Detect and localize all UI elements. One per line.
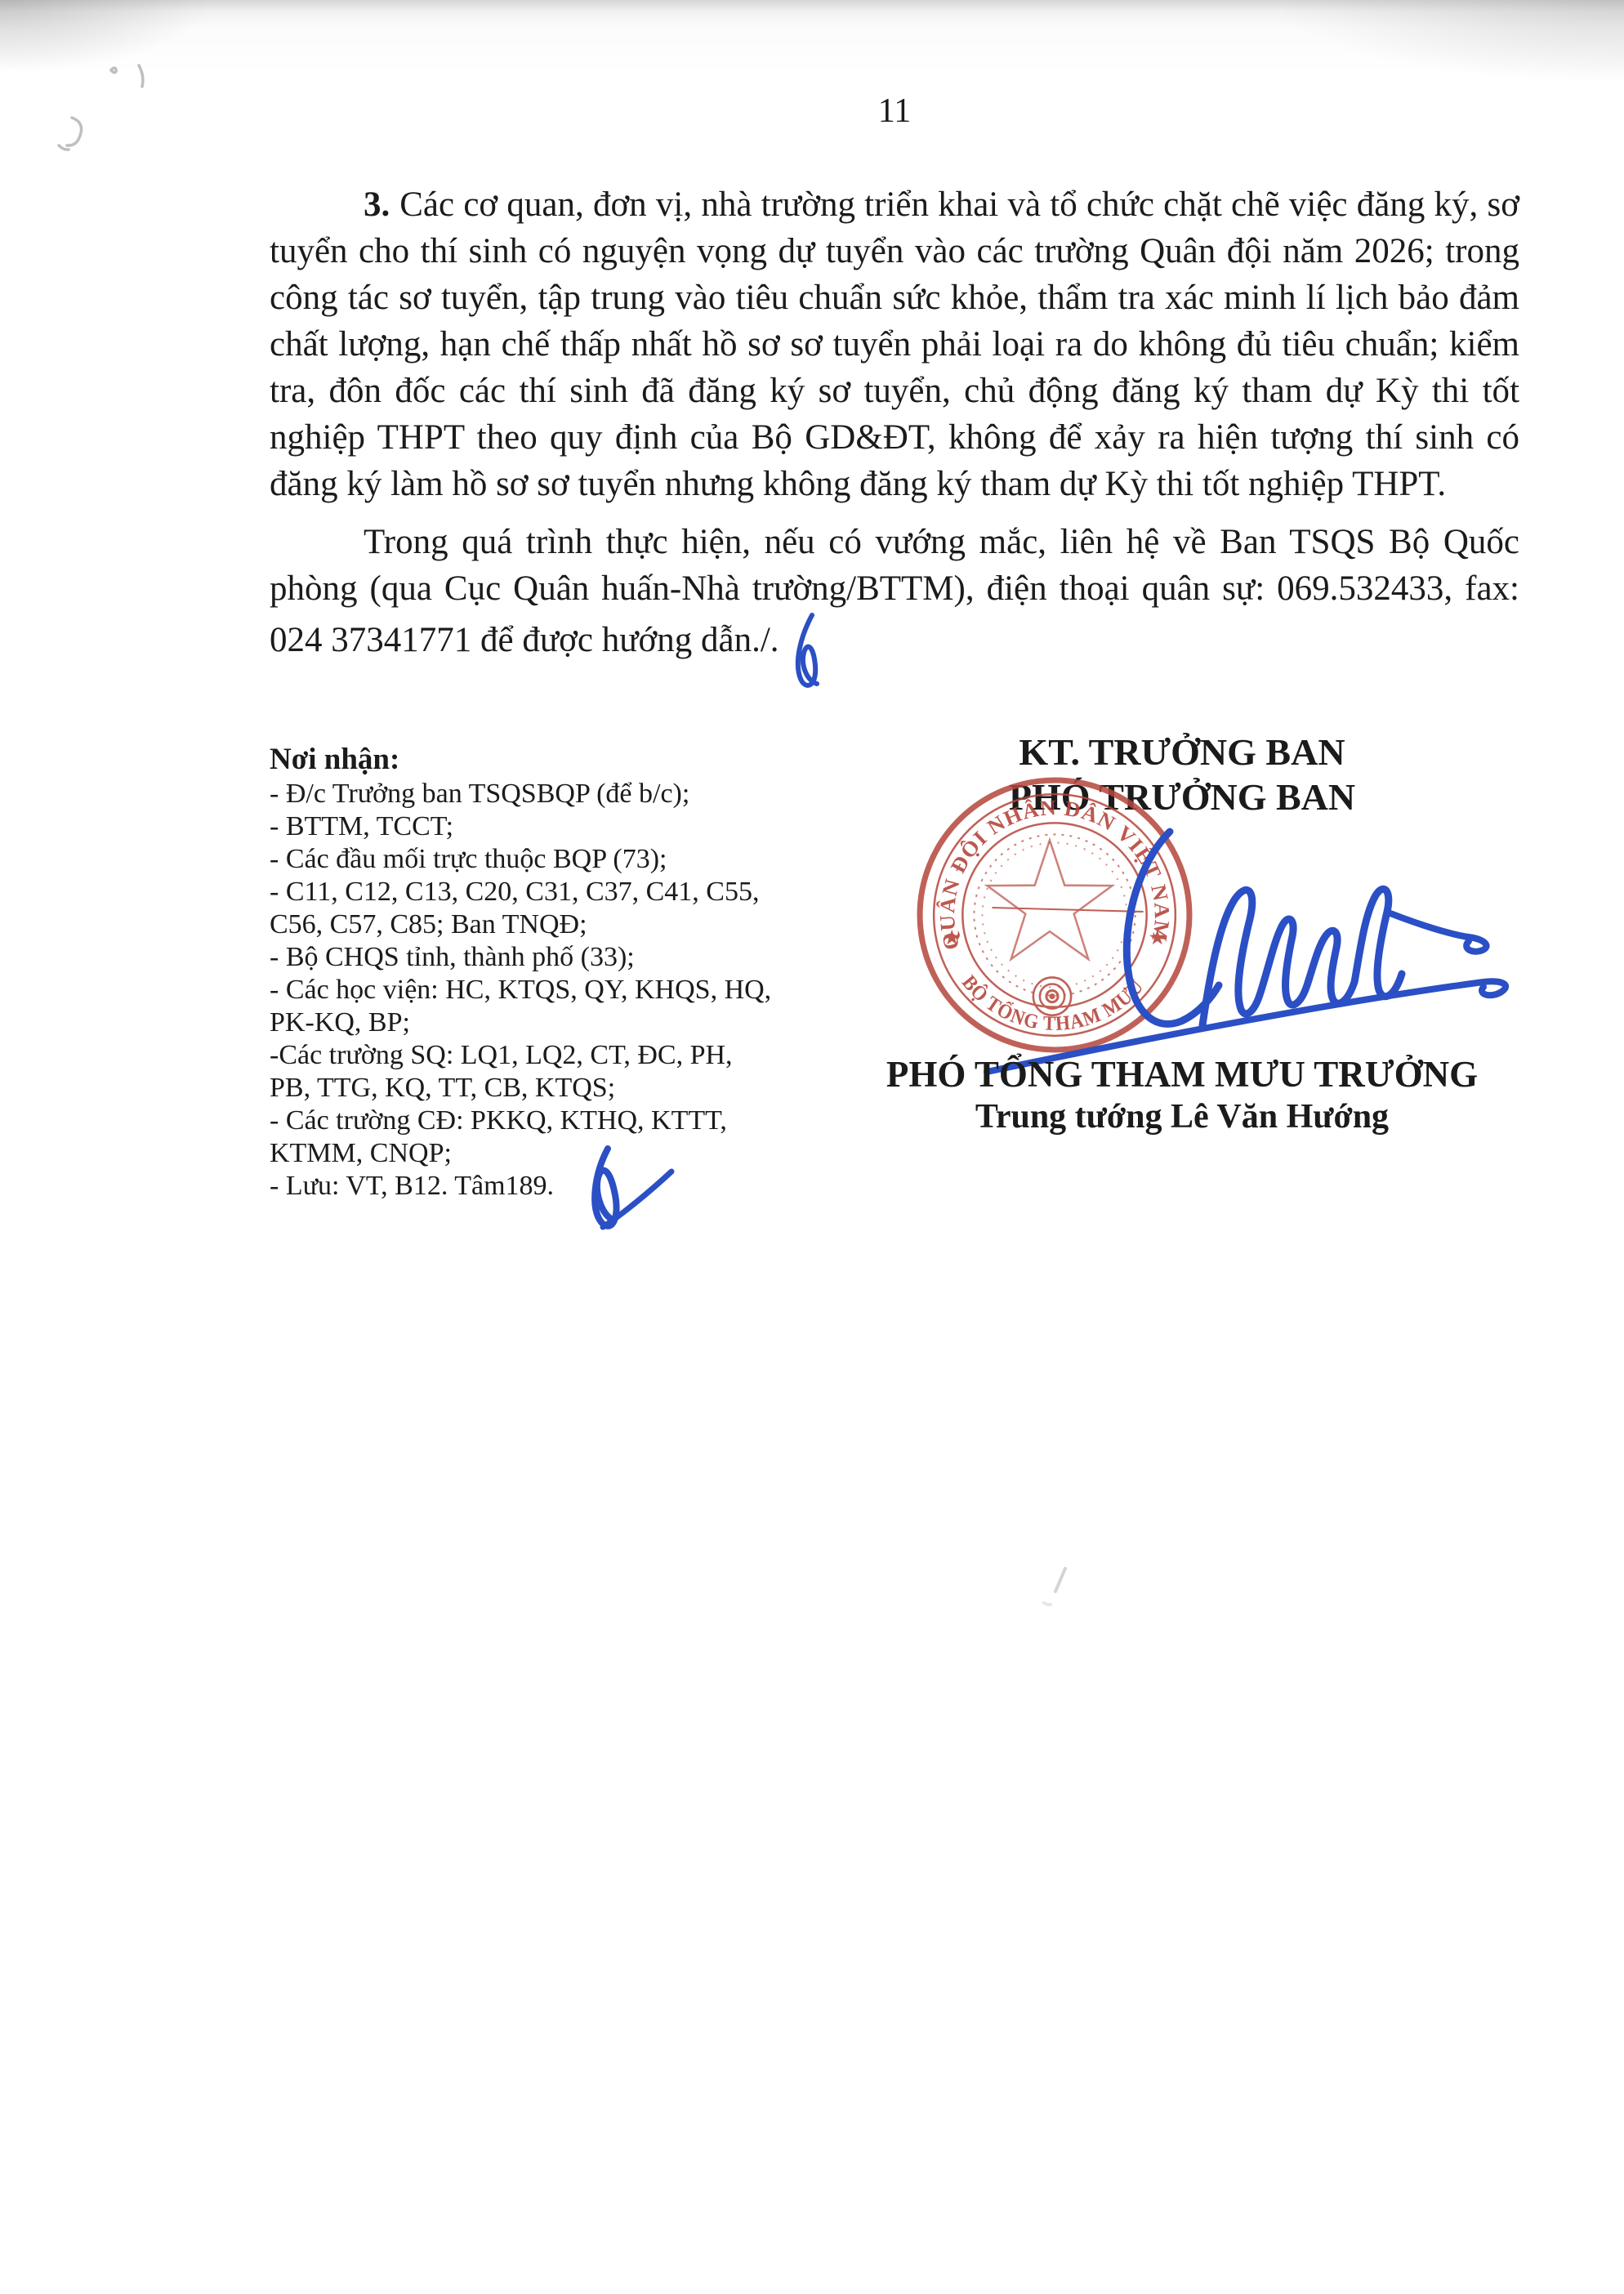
recipients-block: Nơi nhận: - Đ/c Trưởng ban TSQSBQP (để b… xyxy=(270,742,792,1203)
recipient-line: - Bộ CHQS tỉnh, thành phố (33); xyxy=(270,941,792,974)
recipient-line: - BTTM, TCCT; xyxy=(270,810,792,843)
signature-stroke-icon xyxy=(939,784,1568,1095)
approval-line-1: KT. TRƯỞNG BAN xyxy=(850,730,1515,774)
recipient-line: KTMM, CNQP; xyxy=(270,1137,792,1170)
paragraph-2-text: Trong quá trình thực hiện, nếu có vướng … xyxy=(270,523,1519,659)
recipient-line: PB, TTG, KQ, TT, CB, KTQS; xyxy=(270,1072,792,1105)
signature-ink xyxy=(939,784,1568,1095)
recipient-line: - Các học viện: HC, KTQS, QY, KHQS, HQ, xyxy=(270,974,792,1006)
recipient-line: - Đ/c Trưởng ban TSQSBQP (để b/c); xyxy=(270,778,792,810)
scanned-document-page: 11 3.Các cơ quan, đơn vị, nhà trường tri… xyxy=(0,0,1624,2294)
scan-smudge-icon xyxy=(1036,1552,1085,1609)
recipient-line: - C11, C12, C13, C20, C31, C37, C41, C55… xyxy=(270,876,792,908)
recipients-heading: Nơi nhận: xyxy=(270,742,792,778)
body-paragraph-1: 3.Các cơ quan, đơn vị, nhà trường triển … xyxy=(270,181,1519,507)
signer-name: Trung tướng Lê Văn Hướng xyxy=(850,1097,1515,1136)
ink-paraph-icon xyxy=(784,612,822,694)
recipient-line: - Lưu: VT, B12. Tâm189. xyxy=(270,1170,792,1203)
signer-title: PHÓ TỔNG THAM MƯU TRƯỞNG xyxy=(850,1054,1515,1095)
recipient-line: - Các trường CĐ: PKKQ, KTHQ, KTTT, xyxy=(270,1105,792,1137)
page-number: 11 xyxy=(270,91,1519,131)
body-paragraph-2: Trong quá trình thực hiện, nếu có vướng … xyxy=(270,519,1519,694)
recipient-line: PK-KQ, BP; xyxy=(270,1006,792,1039)
pencil-scribble-icon xyxy=(47,47,203,170)
scan-corner-shadow-right xyxy=(1281,0,1624,82)
ink-paraph-icon xyxy=(562,1144,693,1242)
recipient-line: C56, C57, C85; Ban TNQĐ; xyxy=(270,908,792,941)
recipient-line: - Các đầu mối trực thuộc BQP (73); xyxy=(270,843,792,876)
document-body: 3.Các cơ quan, đơn vị, nhà trường triển … xyxy=(270,181,1519,694)
paragraph-1-text: Các cơ quan, đơn vị, nhà trường triển kh… xyxy=(270,185,1519,503)
recipient-line: -Các trường SQ: LQ1, LQ2, CT, ĐC, PH, xyxy=(270,1039,792,1072)
paragraph-1-number: 3. xyxy=(364,185,390,224)
